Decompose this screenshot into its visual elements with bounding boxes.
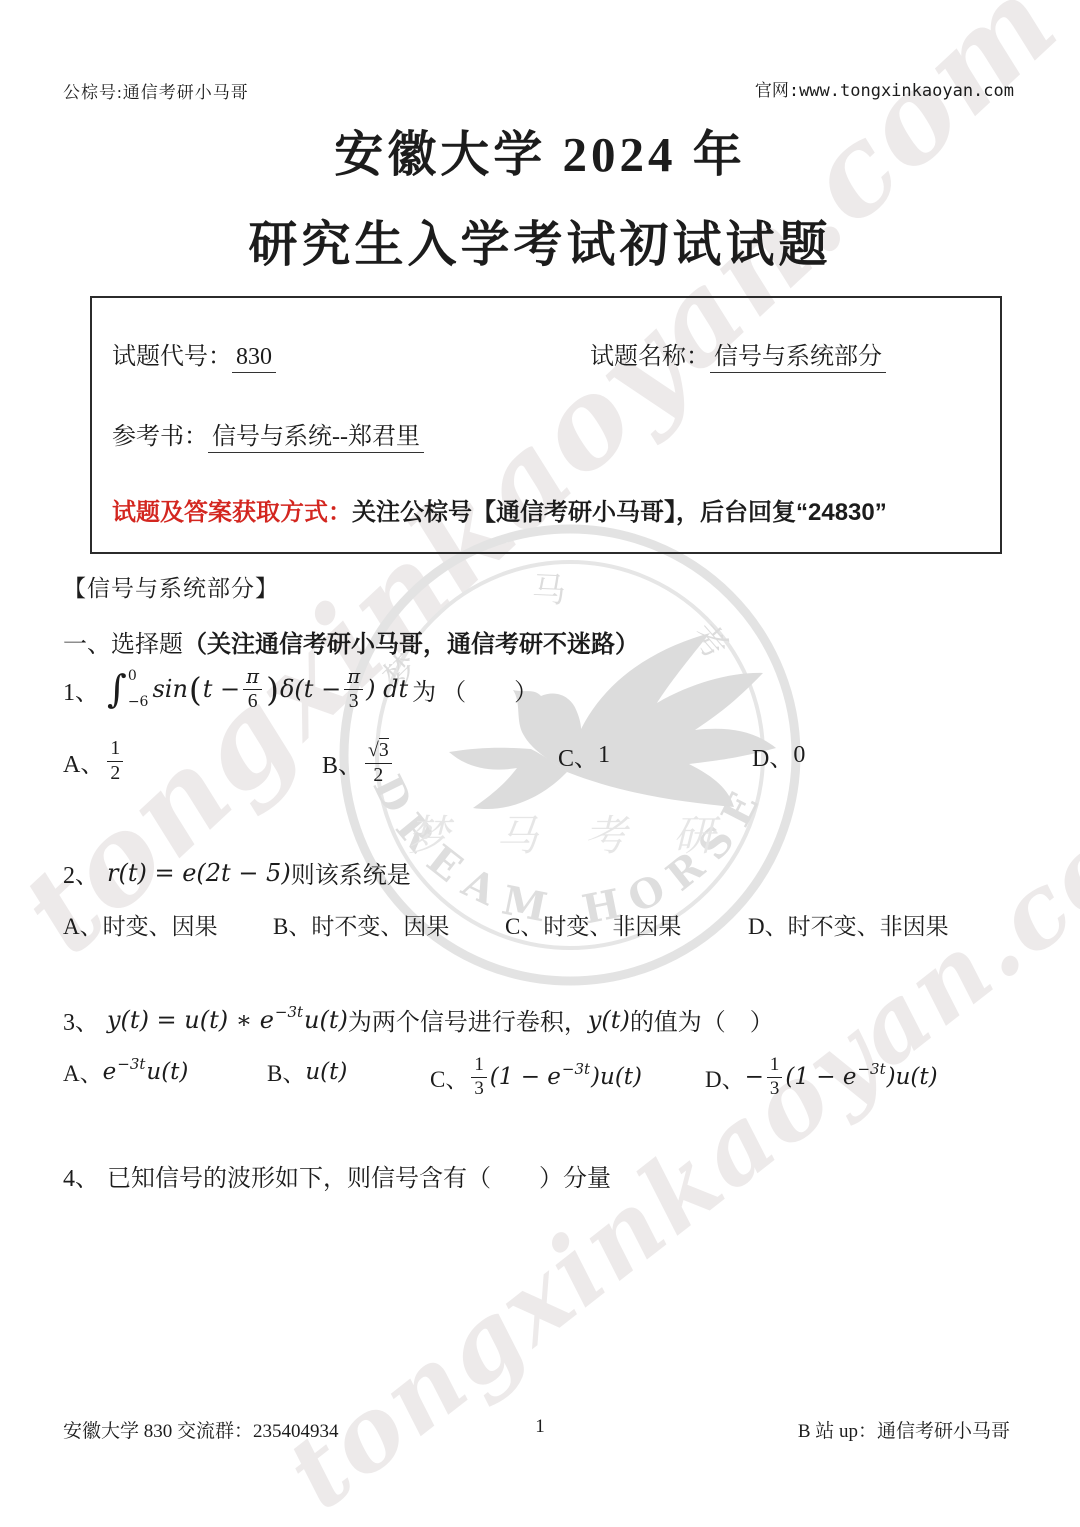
section-title: 【信号与系统部分】 — [63, 570, 279, 603]
integral-upper-limit: 0 — [128, 669, 149, 683]
exam-name: 试题名称：信号与系统部分 — [590, 336, 886, 371]
question-3: 3、 y(t) = u(t) ∗ e −3t u(t) 为两个信号进行卷积， y… — [63, 1002, 774, 1037]
q1-fraction-pi-3: π 3 — [344, 666, 363, 712]
header-website: 官网:www.tongxinkaoyan.com — [755, 76, 1014, 101]
q1-t-minus: t − — [203, 675, 240, 703]
page-title-line1: 安徽大学 2024 年 — [0, 116, 1080, 186]
exam-code-label: 试题代号： — [112, 344, 232, 370]
q3-text1: 为两个信号进行卷积， — [348, 1002, 588, 1037]
exam-name-value: 信号与系统部分 — [710, 344, 886, 373]
integral-limits: 0 −6 — [128, 669, 149, 709]
q1-tail: 为 （ ） — [412, 672, 538, 707]
q1-option-d-label: D、 — [752, 738, 793, 773]
q1-option-a-fraction: 1 2 — [107, 738, 123, 784]
q3-option-d-fraction: 1 3 — [767, 1055, 782, 1099]
q3-option-b: B、 u(t) — [267, 1055, 347, 1088]
exam-info-box: 试题代号：830 试题名称：信号与系统部分 参考书：信号与系统--郑君里 试题及… — [90, 296, 1002, 554]
q3-option-d: D、 − 1 3 (1 − e −3t )u(t) — [705, 1055, 938, 1099]
reference-book-label: 参考书： — [112, 424, 208, 450]
q2-option-c: C、时变、非因果 — [505, 908, 681, 941]
q3-math1: y(t) = u(t) ∗ e — [107, 1006, 274, 1034]
question-3-number: 3、 — [63, 1002, 99, 1037]
footer-bilibili: B 站 up：通信考研小马哥 — [798, 1416, 1010, 1443]
q1-option-c-label: C、 — [558, 738, 598, 773]
q3-option-a: A、 e −3t u(t) — [63, 1055, 188, 1088]
q1-sin: sin — [152, 675, 187, 703]
q1-option-c: C、 1 — [558, 738, 610, 773]
answer-notice-black: 关注公棕号【通信考研小马哥】，后台回复“24830” — [352, 499, 887, 526]
part1-label: 一、选择题 — [63, 632, 183, 658]
integral-symbol: ∫ 0 −6 — [107, 669, 148, 709]
q3-option-c-fraction: 1 3 — [471, 1055, 486, 1099]
q1-option-a-label: A、 — [63, 744, 104, 779]
question-1: 1、 ∫ 0 −6 sin ( t − π 6 ) δ(t − π 3 ) dt… — [63, 666, 538, 712]
q3-option-c-label: C、 — [430, 1061, 468, 1094]
q3-option-c: C、 1 3 (1 − e −3t )u(t) — [430, 1055, 642, 1099]
radical-sign: √ — [368, 739, 379, 761]
q1-option-b: B、 √3 2 — [322, 738, 395, 786]
reference-book-value: 信号与系统--郑君里 — [208, 424, 424, 453]
q1-open-paren: ( — [189, 673, 202, 706]
q3-math3: y(t) — [588, 1006, 630, 1034]
q2-option-b: B、时不变、因果 — [273, 908, 449, 941]
seal-center-text: 梦 马 考 研 — [407, 814, 733, 860]
q3-option-d-label: D、 — [705, 1061, 745, 1094]
exam-page: tongxinkaoyan.com tongxinkaoyan.com 梦 马 … — [0, 0, 1080, 1527]
q2-option-a: A、时变、因果 — [63, 908, 218, 941]
answer-notice: 试题及答案获取方式：关注公棕号【通信考研小马哥】，后台回复“24830” — [112, 492, 887, 527]
q1-dt: ) dt — [366, 675, 408, 703]
q2-option-d: D、时不变、非因果 — [748, 908, 949, 941]
q3-exponent: −3t — [275, 1003, 303, 1021]
q1-option-d: D、 0 — [752, 738, 805, 773]
part1-heading: 一、选择题（关注通信考研小马哥，通信考研不迷路） — [63, 624, 639, 659]
q3-option-a-label: A、 — [63, 1055, 103, 1088]
q3-math2: u(t) — [304, 1006, 348, 1034]
q1-delta: δ(t − — [280, 675, 341, 703]
q1-close-paren: ) — [266, 673, 279, 706]
q1-option-a: A、 1 2 — [63, 738, 126, 784]
header-account: 公棕号:通信考研小马哥 — [63, 78, 249, 103]
question-2: 2、 r(t) = e(2t − 5) 则该系统是 — [63, 855, 411, 890]
question-1-number: 1、 — [63, 672, 99, 707]
q1-fraction-pi-6: π 6 — [243, 666, 262, 712]
part1-note: （关注通信考研小马哥，通信考研不迷路） — [183, 632, 639, 658]
q2-text: 则该系统是 — [291, 855, 411, 890]
question-4: 4、 已知信号的波形如下，则信号含有（ ）分量 — [63, 1158, 611, 1193]
exam-name-label: 试题名称： — [590, 344, 710, 370]
page-title-line2: 研究生入学考试初试试题 — [0, 206, 1080, 276]
q3-text2: 的值为（ ） — [630, 1002, 774, 1037]
q2-math: r(t) = e(2t − 5) — [107, 859, 291, 887]
q1-option-b-fraction: √3 2 — [365, 738, 392, 786]
q3-option-b-label: B、 — [267, 1055, 305, 1088]
pegasus-watermark — [449, 633, 776, 809]
question-4-number: 4、 — [63, 1158, 99, 1193]
reference-book: 参考书：信号与系统--郑君里 — [112, 416, 424, 451]
exam-code: 试题代号：830 — [112, 336, 276, 371]
q1-option-b-label: B、 — [322, 745, 362, 780]
exam-code-value: 830 — [232, 344, 276, 373]
question-2-number: 2、 — [63, 855, 99, 890]
q4-text: 已知信号的波形如下，则信号含有（ ）分量 — [107, 1158, 611, 1193]
answer-notice-red: 试题及答案获取方式： — [112, 499, 352, 526]
integral-lower-limit: −6 — [128, 695, 149, 709]
integral-glyph: ∫ — [107, 670, 127, 708]
